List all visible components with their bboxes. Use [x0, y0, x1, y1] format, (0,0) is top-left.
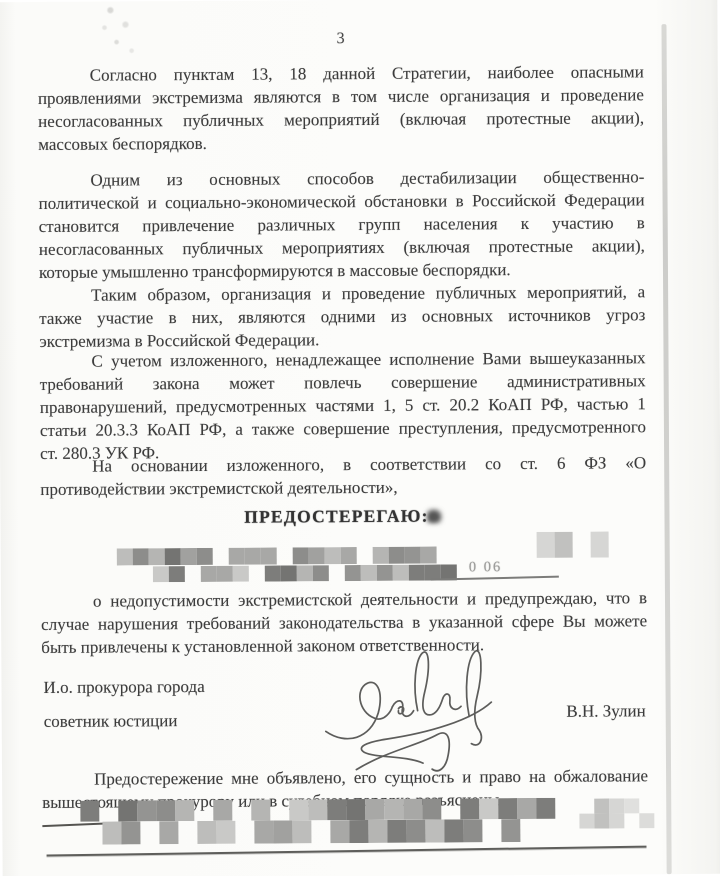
redaction-mosaic-name-line1: [117, 547, 437, 566]
redaction-cell: [406, 820, 425, 843]
redaction-cell: [80, 801, 99, 822]
redaction-cell: [327, 799, 346, 820]
redaction-cell: [479, 798, 498, 819]
redaction-cell: [229, 548, 245, 565]
redaction-cell: [537, 532, 555, 558]
redaction-cell: [624, 798, 639, 813]
redaction-cell: [591, 531, 609, 557]
redaction-cell: [293, 547, 309, 564]
text-line: Предостережение мне объявлено, его сущно…: [42, 764, 648, 791]
redaction-cell: [251, 800, 270, 821]
redaction-cell: [165, 548, 181, 565]
redaction-cell: [639, 813, 654, 828]
redaction-cell: [345, 565, 361, 581]
redaction-cell: [149, 548, 165, 565]
redaction-mosaic-top-right: [501, 531, 615, 558]
redaction-cell: [377, 565, 393, 581]
paragraph-strategy-points: Согласно пунктам 13, 18 данной Стратегии…: [38, 60, 645, 156]
redaction-cell: [422, 799, 441, 820]
redaction-cell: [254, 821, 273, 844]
scanned-document-page: 3 Согласно пунктам 13, 18 данной Стратег…: [0, 0, 720, 876]
redaction-cell: [346, 799, 365, 820]
redaction-cell: [118, 800, 137, 821]
redaction-cell: [519, 532, 537, 558]
text-line: несогласованных публичных мероприятий (в…: [38, 106, 644, 133]
redaction-cell: [330, 820, 349, 843]
redaction-cell: [579, 799, 594, 814]
redaction-cell: [609, 813, 624, 828]
redaction-cell: [197, 548, 213, 565]
redaction-cell: [201, 566, 217, 582]
redaction-cell: [169, 566, 185, 582]
redaction-cell: [289, 799, 308, 820]
redaction-cell: [245, 548, 261, 565]
handwritten-signature: [319, 645, 522, 780]
redaction-mosaic-bottom-right: [579, 798, 661, 829]
redaction-cell: [441, 798, 460, 819]
redaction-mosaic-name-line2: [153, 564, 459, 582]
redaction-cell: [405, 547, 421, 564]
paragraph-threat-sources: Таким образом, организация и проведение …: [39, 280, 645, 353]
redaction-cell: [156, 800, 175, 821]
redaction-cell: [389, 547, 405, 564]
redaction-cell: [292, 820, 311, 843]
scan-page-edge: [661, 24, 671, 874]
redaction-cell: [384, 799, 403, 820]
redaction-cell: [137, 800, 156, 821]
redaction-cell: [387, 820, 406, 843]
text-line: случае нарушения требований законодатель…: [41, 609, 647, 636]
redaction-cell: [624, 813, 639, 828]
redaction-cell: [159, 821, 178, 844]
redaction-cell: [573, 532, 591, 558]
redaction-cell: [403, 799, 422, 820]
redaction-cell: [517, 798, 536, 819]
redaction-cell: [594, 813, 609, 828]
text-line: статьи 20.3.3 КоАП РФ, а также совершени…: [40, 415, 646, 442]
warning-heading-text: ПРЕДОСТЕРЕГАЮ:: [244, 506, 429, 527]
redaction-cell: [99, 800, 118, 821]
paragraph-destabilization: Одним из основных способов дестабилизаци…: [38, 165, 645, 284]
redaction-cell: [213, 548, 229, 565]
redaction-cell: [270, 799, 289, 820]
redaction-cell: [178, 821, 197, 844]
redaction-cell: [361, 565, 377, 581]
redaction-cell: [639, 798, 654, 813]
redaction-cell: [373, 547, 389, 564]
redaction-cell: [235, 821, 254, 844]
text-line: противодействии экстремистской деятельно…: [40, 474, 646, 501]
redaction-cell: [313, 565, 329, 581]
text-line: массовых беспорядков.: [38, 129, 644, 156]
redaction-cell: [329, 565, 345, 581]
redaction-cell: [216, 821, 235, 844]
text-line: На основании изложенного, в соответствии…: [40, 451, 646, 478]
redaction-cell: [117, 548, 133, 565]
redaction-cell: [181, 548, 197, 565]
redaction-cell: [425, 819, 444, 842]
redaction-cell: [133, 548, 149, 565]
redaction-cell: [185, 566, 201, 582]
redaction-cell: [217, 566, 233, 582]
paragraph-liability-articles: С учетом изложенного, ненадлежащее испол…: [39, 346, 646, 465]
redaction-cell: [463, 819, 482, 842]
redaction-cell: [197, 821, 216, 844]
redaction-cell: [309, 547, 325, 564]
redaction-cell: [232, 800, 251, 821]
redaction-cell: [393, 565, 409, 581]
redaction-visible-fragment: 0 06: [469, 559, 559, 577]
official-position-line1: И.о. прокурора города: [43, 676, 343, 698]
redaction-cell: [213, 800, 232, 821]
ink-smudge: [427, 508, 443, 523]
redaction-cell: [579, 814, 594, 829]
redaction-cell: [501, 532, 519, 558]
warning-heading: ПРЕДОСТЕРЕГАЮ:: [40, 504, 646, 529]
text-line: также участие в них, являются одними из …: [39, 303, 645, 330]
redaction-cell: [102, 821, 121, 844]
redaction-cell: [482, 819, 501, 842]
redaction-cell: [357, 547, 373, 564]
redaction-mosaic-bottom-line1: [80, 798, 572, 822]
redaction-mosaic-bottom-line2: [102, 819, 520, 845]
page-number: 3: [38, 28, 644, 50]
redaction-cell: [594, 798, 609, 813]
redaction-cell: [325, 547, 341, 564]
redaction-cell: [261, 548, 277, 565]
redaction-cell: [555, 532, 573, 558]
redaction-cell: [297, 565, 313, 581]
redaction-cell: [194, 800, 213, 821]
paragraph-legal-basis: На основании изложенного, в соответствии…: [40, 451, 646, 501]
redaction-cell: [444, 819, 463, 842]
redaction-cell: [501, 819, 520, 842]
redaction-cell: [409, 565, 425, 581]
redaction-cell: [281, 565, 297, 581]
redaction-cell: [421, 547, 437, 564]
redaction-cell: [153, 566, 169, 582]
redaction-cell: [609, 798, 624, 813]
redaction-cell: [311, 820, 330, 843]
redaction-cell: [175, 800, 194, 821]
redaction-cell: [365, 799, 384, 820]
redaction-cell: [368, 820, 387, 843]
text-line: несогласованных публичных мероприятиях (…: [39, 234, 645, 261]
redaction-cell: [277, 547, 293, 564]
redaction-cell: [341, 547, 357, 564]
redaction-cell: [249, 566, 265, 582]
redaction-cell: [349, 820, 368, 843]
redaction-cell: [308, 799, 327, 820]
redaction-cell: [121, 821, 140, 844]
redaction-cell: [498, 798, 517, 819]
signature-rule-line: [47, 846, 647, 857]
redaction-cell: [233, 566, 249, 582]
redaction-cell: [273, 820, 292, 843]
redaction-cell: [536, 798, 555, 819]
redaction-cell: [140, 821, 159, 844]
signature-short-line: [42, 822, 108, 827]
redaction-cell: [265, 565, 281, 581]
redaction-cell: [460, 798, 479, 819]
